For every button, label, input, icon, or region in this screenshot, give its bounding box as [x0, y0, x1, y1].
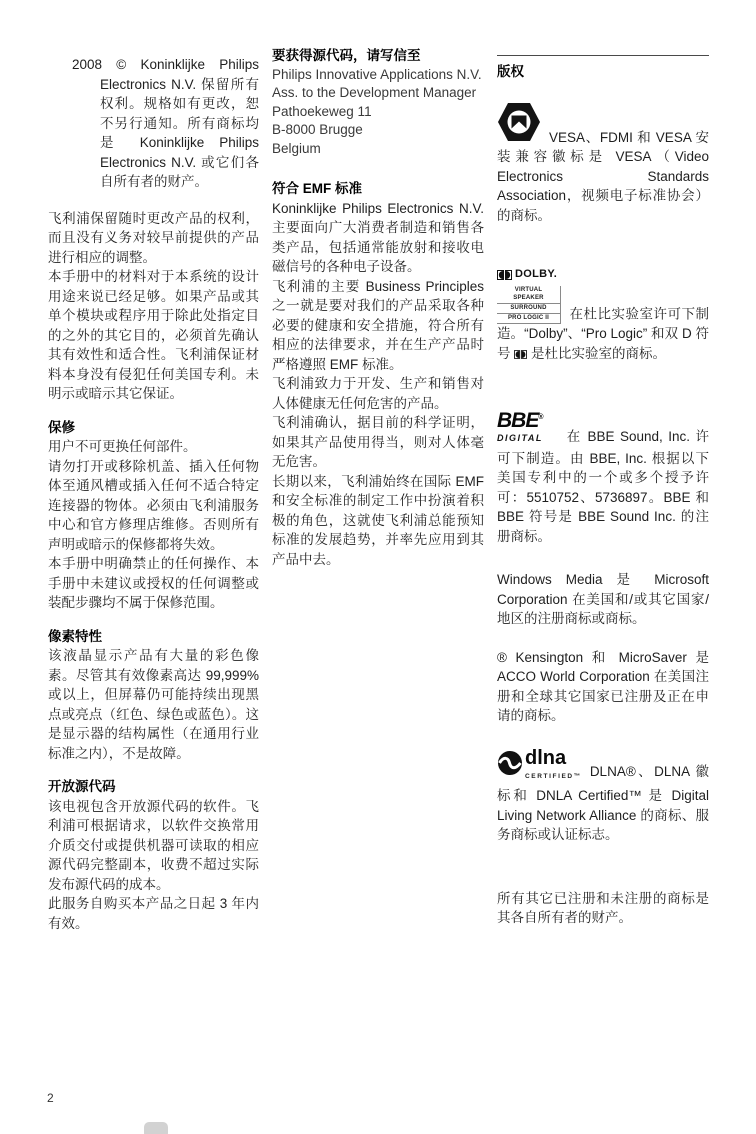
emf-paragraph-4: 飞利浦确认，据目前的科学证明，如果其产品使用得当，则对人体毫无危害。 [272, 413, 484, 472]
vesa-trademark-block: VESA、FDMI 和 VESA 安装兼容徽标是 VESA（Video Elec… [497, 102, 709, 226]
dolby-logo-icon: DOLBY. VIRTUAL SPEAKER SURROUND PRO LOGI… [497, 265, 561, 324]
address-line-5: Belgium [272, 140, 484, 159]
windows-media-trademark: Windows Media 是 Microsoft Corporation 在美… [497, 570, 709, 629]
address-line-2: Ass. to the Development Manager [272, 84, 484, 103]
dlna-logo-icon: dlna CERTIFIED™ [497, 750, 582, 787]
page-number: 2 [47, 1091, 54, 1105]
warranty-paragraph-2: 请勿打开或移除机盖、插入任何物体至通风槽或插入任何不适合特定连接器的物体。必须由… [48, 457, 259, 555]
dolby-trademark-block: DOLBY. VIRTUAL SPEAKER SURROUND PRO LOGI… [497, 265, 709, 363]
source-code-address: Philips Innovative Applications N.V. Ass… [272, 66, 484, 159]
vesa-logo-icon [497, 102, 541, 142]
material-paragraph: 本手册中的材料对于本系统的设计用途来说已经足够。如果产品或其单个模块或程序用于除… [48, 267, 259, 404]
opensource-heading: 开放源代码 [48, 777, 259, 797]
dolby-logo-speaker: SPEAKER [497, 294, 561, 304]
dlna-logo-title: dlna [525, 750, 566, 767]
emf-paragraph-3: 飞利浦致力于开发、生产和销售对人体健康无任何危害的产品。 [272, 374, 484, 413]
column-source-emf: 要获得源代码，请写信至 Philips Innovative Applicati… [272, 46, 484, 569]
dolby-logo-title: DOLBY. [515, 265, 557, 285]
bbe-trademark-block: BBE® DIGITAL 在 BBE Sound, Inc. 许可下制造。由 B… [497, 409, 709, 546]
vesa-trademark-text: VESA、FDMI 和 VESA 安装兼容徽标是 VESA（Video Elec… [497, 130, 709, 223]
source-code-heading: 要获得源代码，请写信至 [272, 46, 484, 66]
dolby-trademark-text-after: 是杜比实验室的商标。 [527, 346, 666, 361]
copyright-notice: 2008 © Koninklijke Philips Electronics N… [48, 55, 259, 192]
bottom-page-tab[interactable] [144, 1122, 168, 1134]
warranty-paragraph-1: 用户不可更换任何部件。 [48, 437, 259, 457]
pixel-paragraph: 该液晶显示产品有大量的彩色像素。尽管其有效像素高达 99,999% 或以上，但屏… [48, 646, 259, 763]
dolby-logo-prologic: PRO LOGIC II [497, 314, 561, 324]
dlna-trademark-block: dlna CERTIFIED™ DLNA®、DLNA 徽标和 DNLA Cert… [497, 750, 709, 845]
copyright-section-heading: 版权 [497, 62, 709, 82]
other-trademarks-text: 所有其它已注册和未注册的商标是其各自所有者的财产。 [497, 889, 709, 928]
emf-paragraph-2: 飞利浦的主要 Business Principles 之一就是要对我们的产品采取… [272, 277, 484, 375]
dlna-swirl-icon [497, 750, 523, 776]
opensource-paragraph-2: 此服务自购买本产品之日起 3 年内有效。 [48, 894, 259, 933]
dolby-logo-surround: SURROUND [497, 304, 561, 314]
address-line-3: Pathoekeweg 11 [272, 103, 484, 122]
warranty-heading: 保修 [48, 418, 259, 438]
warranty-paragraph-3: 本手册中明确禁止的任何操作、本手册中未建议或授权的任何调整或装配步骤均不属于保修… [48, 554, 259, 613]
dolby-logo-virtual: VIRTUAL [497, 286, 561, 294]
address-line-4: B-8000 Brugge [272, 121, 484, 140]
bbe-logo-icon: BBE® DIGITAL [497, 409, 557, 449]
column-copyright-warranty: 2008 © Koninklijke Philips Electronics N… [48, 55, 259, 933]
bbe-logo-sub: DIGITAL [497, 429, 557, 449]
dolby-double-d-inline-icon [514, 350, 527, 359]
pixel-heading: 像素特性 [48, 627, 259, 647]
emf-paragraph-5: 长期以来，飞利浦始终在国际 EMF 和安全标准的制定工作中扮演着积极的角色，这就… [272, 472, 484, 570]
kensington-trademark: ® Kensington 和 MicroSaver 是 ACCO World C… [497, 648, 709, 726]
address-line-1: Philips Innovative Applications N.V. [272, 66, 484, 85]
dlna-logo-sub: CERTIFIED™ [525, 767, 582, 787]
column-trademarks: 版权 VESA、FDMI 和 VESA 安装兼容徽标是 VESA（Video E… [497, 55, 709, 928]
rights-paragraph: 飞利浦保留随时更改产品的权利，而且没有义务对较早前提供的产品进行相应的调整。 [48, 209, 259, 268]
opensource-paragraph-1: 该电视包含开放源代码的软件。飞利浦可根据请求，以软件交换常用介质交付或提供机器可… [48, 797, 259, 895]
emf-paragraph-1: Koninklijke Philips Electronics N.V. 主要面… [272, 199, 484, 277]
emf-heading: 符合 EMF 标准 [272, 179, 484, 199]
dolby-double-d-icon [497, 270, 512, 280]
